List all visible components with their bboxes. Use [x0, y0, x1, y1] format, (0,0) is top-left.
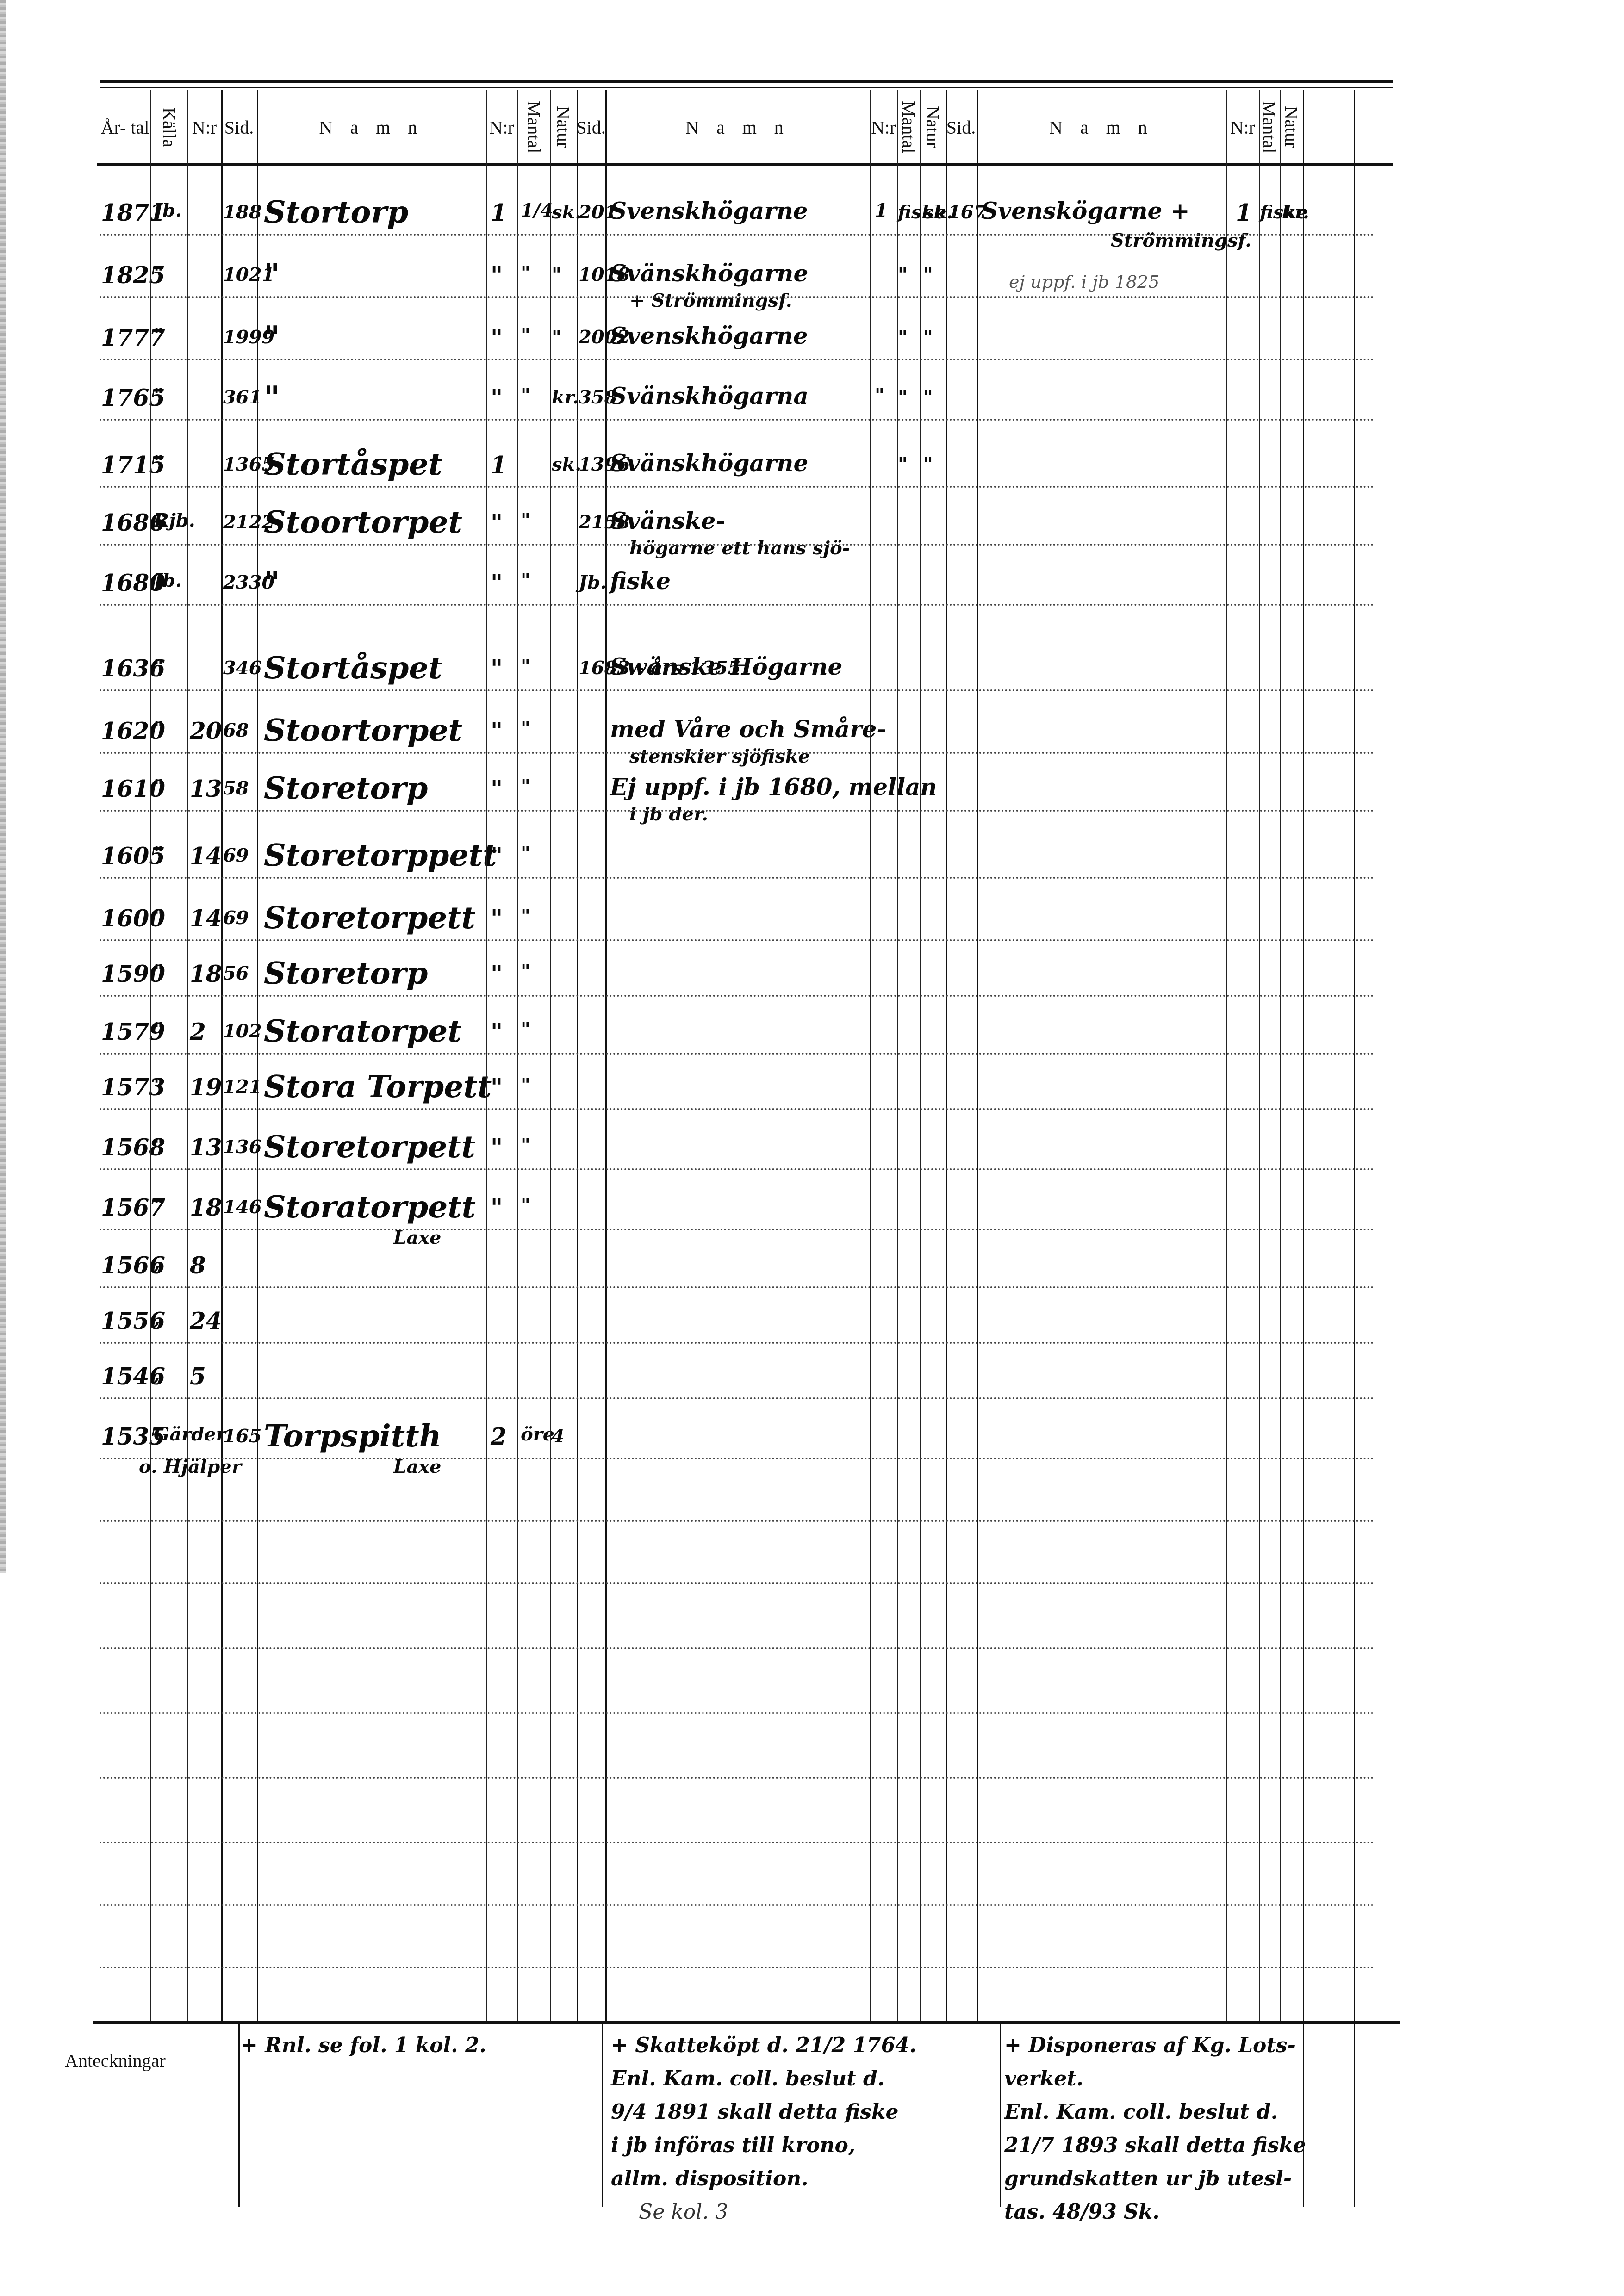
column-divider — [150, 90, 151, 2021]
cell-namn: Stortåspet — [264, 652, 442, 683]
row-rule — [100, 1229, 1375, 1230]
cell-kalla: " — [154, 326, 163, 345]
cell-nr2: " — [491, 571, 503, 595]
cell-sid3: 167 — [948, 203, 987, 222]
cell-sid: 69 — [223, 846, 249, 865]
top-rule-thin — [100, 87, 1393, 88]
cell-nr: 20 — [190, 720, 222, 743]
note-col2: + Skatteköpt d. 21/2 1764.Enl. Kam. coll… — [611, 2029, 995, 2229]
cell-namn: Storetorp — [264, 773, 428, 803]
header-15: N:r — [1226, 93, 1259, 162]
cell-natur2: " — [923, 388, 933, 407]
column-divider — [1226, 90, 1227, 2021]
row-rule — [100, 1842, 1375, 1843]
cell-nr: 14 — [190, 907, 222, 930]
cell-mantal: " — [521, 657, 530, 676]
cell-sid: 361 — [223, 388, 262, 407]
row-rule — [100, 752, 1375, 754]
cell-namn: Storetorppett — [264, 840, 497, 870]
cell-nr: 2 — [190, 1020, 206, 1043]
cell-sid2: Jb. — [579, 573, 607, 592]
cell-sid: 56 — [223, 964, 249, 983]
notes-divider — [1000, 2021, 1001, 2207]
cell-namn2: Svänske- — [610, 509, 725, 533]
cell-nr: 18 — [190, 962, 222, 986]
cell-kalla: " — [154, 1136, 163, 1154]
cell-kalla: , — [154, 1365, 160, 1384]
row-rule — [100, 419, 1375, 421]
row-rule — [100, 1397, 1375, 1399]
cell-mantal2: " — [898, 455, 908, 474]
cell-nr2: " — [491, 1020, 503, 1043]
cell-namn: Storatorpet — [264, 1016, 462, 1046]
header-7: Natur — [550, 93, 577, 162]
cell-nr: 24 — [190, 1309, 222, 1333]
cell-mantal: " — [521, 777, 530, 796]
row-rule — [100, 1712, 1375, 1714]
row-rule — [100, 1108, 1375, 1110]
cell-namn: Stortåspet — [264, 449, 442, 479]
cell-namn: Storetorpett — [264, 902, 475, 933]
header-3: Sid. — [221, 93, 257, 162]
header-14: N a m n — [977, 93, 1226, 162]
cell-mantal: " — [521, 1076, 530, 1094]
note-col1: + Rnl. se fol. 1 kol. 2. — [241, 2029, 592, 2062]
header-5: N:r — [486, 93, 517, 162]
column-divider — [870, 90, 871, 2021]
cell-kalla: " — [154, 1196, 163, 1215]
cell-nr3: 1 — [875, 201, 888, 220]
cell-sid: 188 — [223, 203, 262, 222]
cell-kalla: Gärder — [154, 1425, 226, 1444]
cell-natur: " — [552, 328, 561, 347]
row-rule — [100, 1967, 1375, 1968]
cell-nr: 13 — [190, 777, 222, 800]
header-rule — [97, 163, 1393, 166]
row-rule — [100, 1520, 1375, 1522]
cell-mantal: " — [521, 326, 530, 345]
column-divider — [977, 90, 978, 2021]
cell-namn: Stoortorpet — [264, 715, 462, 745]
cell-namn: Stora Torpett — [264, 1071, 492, 1102]
cell-kalla: " — [154, 386, 163, 405]
row-rule — [100, 1286, 1375, 1288]
cell-kalla: " — [154, 962, 163, 981]
cell-kalla: , — [154, 1309, 160, 1328]
cell-kalla: " — [154, 657, 163, 676]
cell-nr2: " — [491, 326, 503, 349]
cell-kalla: " — [154, 720, 163, 738]
cell-mantal: 1/4 — [521, 201, 553, 220]
row-rule — [100, 1904, 1375, 1906]
cell-kalla: " — [154, 907, 163, 925]
cell-nr2: 1 — [491, 453, 507, 477]
cell-kalla: Rjb. — [154, 511, 195, 530]
column-divider — [517, 90, 518, 2021]
row-rule — [100, 995, 1375, 997]
row-rule — [100, 1647, 1375, 1649]
cell-sid: 68 — [223, 721, 249, 740]
cell-namn: Storetorpett — [264, 1131, 475, 1162]
note-line: verket. — [1004, 2062, 1375, 2096]
cell-nr2: " — [491, 1136, 503, 1159]
header-8: Sid. — [577, 93, 605, 162]
cell-mantal: " — [521, 907, 530, 925]
cell-mantal: " — [521, 1196, 530, 1215]
cell-namn-sub: Laxe — [393, 1229, 441, 1247]
note-line: Enl. Kam. coll. beslut d. — [611, 2062, 995, 2096]
cell-mantal: " — [521, 511, 530, 530]
cell-namn: Storatorpett — [264, 1191, 476, 1222]
cell-namn2-sub: stenskier sjöfiske — [629, 747, 810, 766]
cell-namn2: Ej uppf. i jb 1680, mellan — [610, 776, 937, 799]
cell-sid: 121 — [223, 1078, 262, 1096]
cell-namn2: Svenskhögarne — [610, 324, 808, 348]
column-divider — [920, 90, 921, 2021]
cell-nr: 19 — [190, 1076, 222, 1099]
cell-nr2: " — [491, 1076, 503, 1099]
cell-kalla: Jb. — [154, 571, 182, 590]
cell-nr: 8 — [190, 1254, 206, 1277]
cell-nr: 5 — [190, 1365, 206, 1388]
cell-mantal2: " — [898, 388, 908, 407]
note-line: + Skatteköpt d. 21/2 1764. — [611, 2029, 995, 2062]
row-rule — [100, 486, 1375, 488]
cell-namn: Stortorp — [264, 197, 408, 227]
cell-namn: Storetorp — [264, 958, 428, 988]
column-divider — [1280, 90, 1281, 2021]
cell-nr2: " — [491, 1196, 503, 1219]
cell-namn2: fiske — [610, 570, 671, 593]
cell-nr2: " — [491, 657, 503, 680]
header-9: N a m n — [605, 93, 870, 162]
cell-namn3: Svenskögarne + — [981, 199, 1190, 223]
header-6: Mantal — [517, 93, 550, 162]
cell-nr: 13 — [190, 1136, 222, 1159]
cell-namn: " — [264, 382, 280, 412]
row-rule — [100, 544, 1375, 546]
note-line: Se kol. 3 — [611, 2196, 995, 2229]
cell-namn2: Svenskhögarne — [610, 199, 808, 223]
cell-namn: " — [264, 259, 280, 290]
row-rule — [100, 359, 1375, 360]
ledger-page: År- talKällaN:rSid.N a m nN:rMantalNatur… — [0, 0, 1624, 2296]
cell-kalla: , — [154, 1254, 160, 1272]
cell-mantal: " — [521, 962, 530, 981]
cell-nr: 14 — [190, 844, 222, 868]
cell-kalla: Jb. — [154, 201, 182, 220]
row-rule — [100, 1458, 1375, 1459]
cell-mantal2: " — [898, 266, 908, 284]
cell-namn3-note: ej uppf. i jb 1825 — [1009, 273, 1159, 291]
column-divider — [1303, 90, 1304, 2021]
cell-mantal: " — [521, 1136, 530, 1154]
row-rule — [100, 1342, 1375, 1344]
cell-mantal: " — [521, 571, 530, 590]
cell-natur2: " — [923, 266, 933, 284]
cell-namn2: Swänske Högarne — [610, 655, 842, 678]
cell-mantal: " — [521, 386, 530, 405]
cell-namn-sub: Laxe — [393, 1458, 441, 1476]
cell-sid: 136 — [223, 1138, 262, 1156]
column-divider — [1259, 90, 1260, 2021]
cell-nr2: " — [491, 962, 503, 986]
cell-mantal: " — [521, 1020, 530, 1039]
note-line: + Rnl. se fol. 1 kol. 2. — [241, 2029, 592, 2062]
cell-kalla: " — [154, 264, 163, 282]
cell-namn2-sub: i jb der. — [629, 805, 708, 824]
row-rule — [100, 939, 1375, 941]
header-13: Sid. — [946, 93, 977, 162]
column-divider — [221, 90, 223, 2021]
header-16: Mantal — [1259, 93, 1280, 162]
cell-natur3: kr. — [1282, 203, 1309, 222]
cell-nr2: " — [491, 511, 503, 534]
header-1: Källa — [150, 93, 187, 162]
row-rule — [100, 1053, 1375, 1055]
cell-kalla: " — [154, 1020, 163, 1039]
cell-sid: 58 — [223, 779, 249, 798]
header-0: År- tal — [100, 93, 150, 162]
cell-natur: 4 — [552, 1427, 565, 1446]
column-divider — [187, 90, 188, 2021]
cell-sid: 102 — [223, 1022, 262, 1041]
notes-divider — [238, 2021, 240, 2207]
column-divider — [946, 90, 947, 2021]
cell-sid: 146 — [223, 1198, 262, 1216]
cell-nr2: " — [491, 844, 503, 868]
cell-namn2-sub: + Strömmingsf. — [629, 292, 792, 310]
cell-namn2: Svänskhögarne — [610, 452, 808, 475]
cell-kalla: " — [154, 844, 163, 863]
header-12: Natur — [920, 93, 946, 162]
notes-rule — [93, 2021, 1400, 2024]
cell-nr4: 1 — [1236, 201, 1252, 224]
column-divider — [577, 90, 578, 2021]
cell-sid: 69 — [223, 909, 249, 927]
header-2: N:r — [187, 93, 221, 162]
cell-nr3: " — [875, 386, 884, 405]
top-rule — [100, 80, 1393, 83]
cell-mantal: " — [521, 264, 530, 282]
cell-nr2: " — [491, 720, 503, 743]
header-4: N a m n — [257, 93, 486, 162]
cell-natur: " — [552, 266, 561, 284]
column-divider — [486, 90, 487, 2021]
column-divider — [550, 90, 551, 2021]
note-line: 21/7 1893 skall detta fiske — [1004, 2129, 1375, 2162]
cell-sid: 165 — [223, 1427, 262, 1446]
note-line: allm. disposition. — [611, 2162, 995, 2196]
header-17: Natur — [1280, 93, 1303, 162]
cell-namn: " — [264, 322, 280, 352]
note-line: tas. 48/93 Sk. — [1004, 2196, 1375, 2229]
notes-divider — [1303, 2021, 1304, 2207]
row-rule — [100, 1582, 1375, 1584]
cell-kalla: " — [154, 1076, 163, 1094]
note-line: grundskatten ur jb utesl- — [1004, 2162, 1375, 2196]
row-rule — [100, 810, 1375, 812]
row-rule — [100, 296, 1375, 298]
notes-label: Anteckningar — [65, 2050, 166, 2072]
column-divider — [257, 90, 258, 2021]
column-divider — [897, 90, 898, 2021]
cell-kalla: " — [154, 777, 163, 796]
note-line: + Disponeras af Kg. Lots- — [1004, 2029, 1375, 2062]
cell-nr2: 1 — [491, 201, 507, 224]
notes-divider — [602, 2021, 603, 2207]
cell-namn2: Svänskhögarne — [610, 262, 808, 285]
cell-nr2: 2 — [491, 1425, 507, 1448]
cell-kalla-sub: o. Hjälper — [139, 1458, 242, 1476]
cell-mantal: " — [521, 844, 530, 863]
cell-mantal: " — [521, 720, 530, 738]
row-rule — [100, 234, 1375, 236]
cell-namn2: Svänskhögarna — [610, 385, 809, 408]
cell-namn: Torpspitth — [264, 1421, 442, 1451]
row-rule — [100, 689, 1375, 691]
cell-nr: 18 — [190, 1196, 222, 1219]
cell-namn2-sub: högarne ett hans sjö- — [629, 539, 850, 558]
row-rule — [100, 604, 1375, 606]
cell-namn2: med Våre och Småre- — [610, 718, 886, 741]
cell-nr2: " — [491, 777, 503, 800]
cell-nr2: " — [491, 907, 503, 930]
scan-edge — [0, 0, 6, 1573]
row-rule — [100, 877, 1375, 879]
cell-natur: kr. — [552, 388, 579, 407]
row-rule — [100, 1777, 1375, 1779]
right-border — [1354, 90, 1355, 2207]
column-divider — [605, 90, 607, 2021]
row-rule — [100, 1168, 1375, 1170]
cell-natur2: " — [923, 328, 933, 347]
header-11: Mantal — [897, 93, 920, 162]
cell-sid: 346 — [223, 659, 262, 677]
note-line: Enl. Kam. coll. beslut d. — [1004, 2096, 1375, 2129]
cell-nr2: " — [491, 264, 503, 287]
note-line: i jb införas till krono, — [611, 2129, 995, 2162]
cell-natur2: " — [923, 455, 933, 474]
cell-mantal2: " — [898, 328, 908, 347]
cell-kalla: " — [154, 453, 163, 472]
header-10: N:r — [870, 93, 897, 162]
cell-nr2: " — [491, 386, 503, 410]
note-line: 9/4 1891 skall detta fiske — [611, 2096, 995, 2129]
cell-namn: Stoortorpet — [264, 507, 462, 537]
note-col3: + Disponeras af Kg. Lots-verket.Enl. Kam… — [1004, 2029, 1375, 2229]
cell-namn: " — [264, 567, 280, 597]
